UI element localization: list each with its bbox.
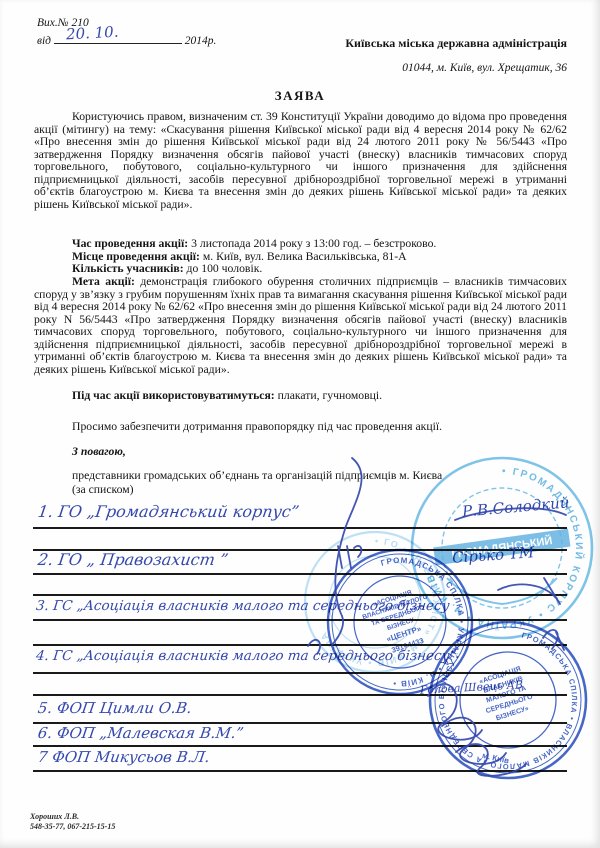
request-line: Просимо забезпечити дотримання правопоря…	[34, 421, 567, 434]
row-org: ГО „Громадянський корпус”	[57, 502, 300, 521]
equipment-label: Під час акції використовуватимуться:	[72, 389, 275, 402]
intro-paragraph: Користуючись правом, визначеним ст. 39 К…	[34, 111, 567, 211]
row-number: 6.	[37, 724, 54, 742]
detail-participants-label: Кількість учасників:	[72, 262, 184, 275]
detail-participants: Кількість учасників: до 100 чоловік.	[34, 263, 567, 276]
row-number: 5.	[37, 699, 54, 717]
detail-time-value: 3 листопада 2014 року з 13:00 год. – без…	[191, 237, 436, 250]
row-org: ГО „ Правозахист ”	[57, 550, 230, 569]
purpose-text: демонстрація глибокого обурення столични…	[34, 275, 567, 376]
scanned-letter-page: Вих.№ 210 від 2014р. 20. 10. Київська мі…	[0, 0, 600, 848]
row-org: ФОП Цимли О.В.	[56, 699, 193, 717]
outgoing-date-line: від 2014р.	[37, 31, 216, 49]
outgoing-ref-number: Вих.№ 210	[37, 16, 216, 31]
purpose-label: Мета акції:	[72, 275, 135, 288]
round-stamp-association: ГРОМАДСЬКА СПІЛКА • ВЛАСНИКІВ МАЛОГО ТА …	[401, 593, 600, 806]
executor-name: Хороших Л.В.	[30, 812, 115, 822]
recipient-address: 01044, м. Київ, вул. Хрещатик, 36	[402, 62, 567, 74]
date-prefix: від	[37, 35, 51, 47]
signature-row: 5. ФОП Цимли О.В.	[37, 699, 193, 717]
executor-footer: Хороших Л.В. 548-35-77, 067-215-15-15	[30, 812, 115, 832]
detail-time-label: Час проведення акції:	[72, 237, 188, 250]
row-org: ФОП „Малевская В.М.”	[56, 724, 245, 742]
signature-row: 2. ГО „ Правозахист ”	[37, 550, 230, 569]
detail-place-value: м. Київ, вул. Велика Васильківська, 81-А	[203, 250, 407, 263]
row-number: 2.	[37, 550, 55, 569]
action-details: Час проведення акції: 3 листопада 2014 р…	[34, 238, 567, 276]
signature-row: 6. ФОП „Малевская В.М.”	[37, 724, 245, 742]
signature-row: 1. ГО „Громадянський корпус”	[37, 502, 301, 521]
row-number: 1.	[37, 502, 55, 521]
executor-phone: 548-35-77, 067-215-15-15	[30, 822, 115, 832]
signature-row: 7 ФОП Микусьов В.Л.	[37, 748, 211, 766]
document-title: ЗАЯВА	[0, 88, 600, 104]
equipment-value: плакати, гучномовці.	[278, 389, 382, 402]
detail-place-label: Місце проведення акції:	[72, 250, 200, 263]
recipient-org: Київська міська державна адміністрація	[345, 36, 567, 51]
row-number: 4.	[35, 648, 50, 664]
outgoing-ref: Вих.№ 210 від 2014р.	[37, 16, 216, 49]
row-number: 3.	[35, 598, 50, 614]
date-year: 2014р.	[185, 35, 217, 47]
purpose-paragraph: Мета акції: демонстрація глибокого обуре…	[34, 276, 567, 376]
detail-participants-value: до 100 чоловік.	[187, 262, 263, 275]
signature-section: 1. ГО „Громадянський корпус” 2. ГО „ Пра…	[0, 440, 600, 790]
row-number: 7	[37, 748, 49, 766]
row-org: ФОП Микусьов В.Л.	[51, 748, 211, 766]
equipment-line: Під час акції використовуватимуться: пла…	[34, 390, 567, 403]
handwritten-date: 20. 10.	[66, 23, 119, 44]
